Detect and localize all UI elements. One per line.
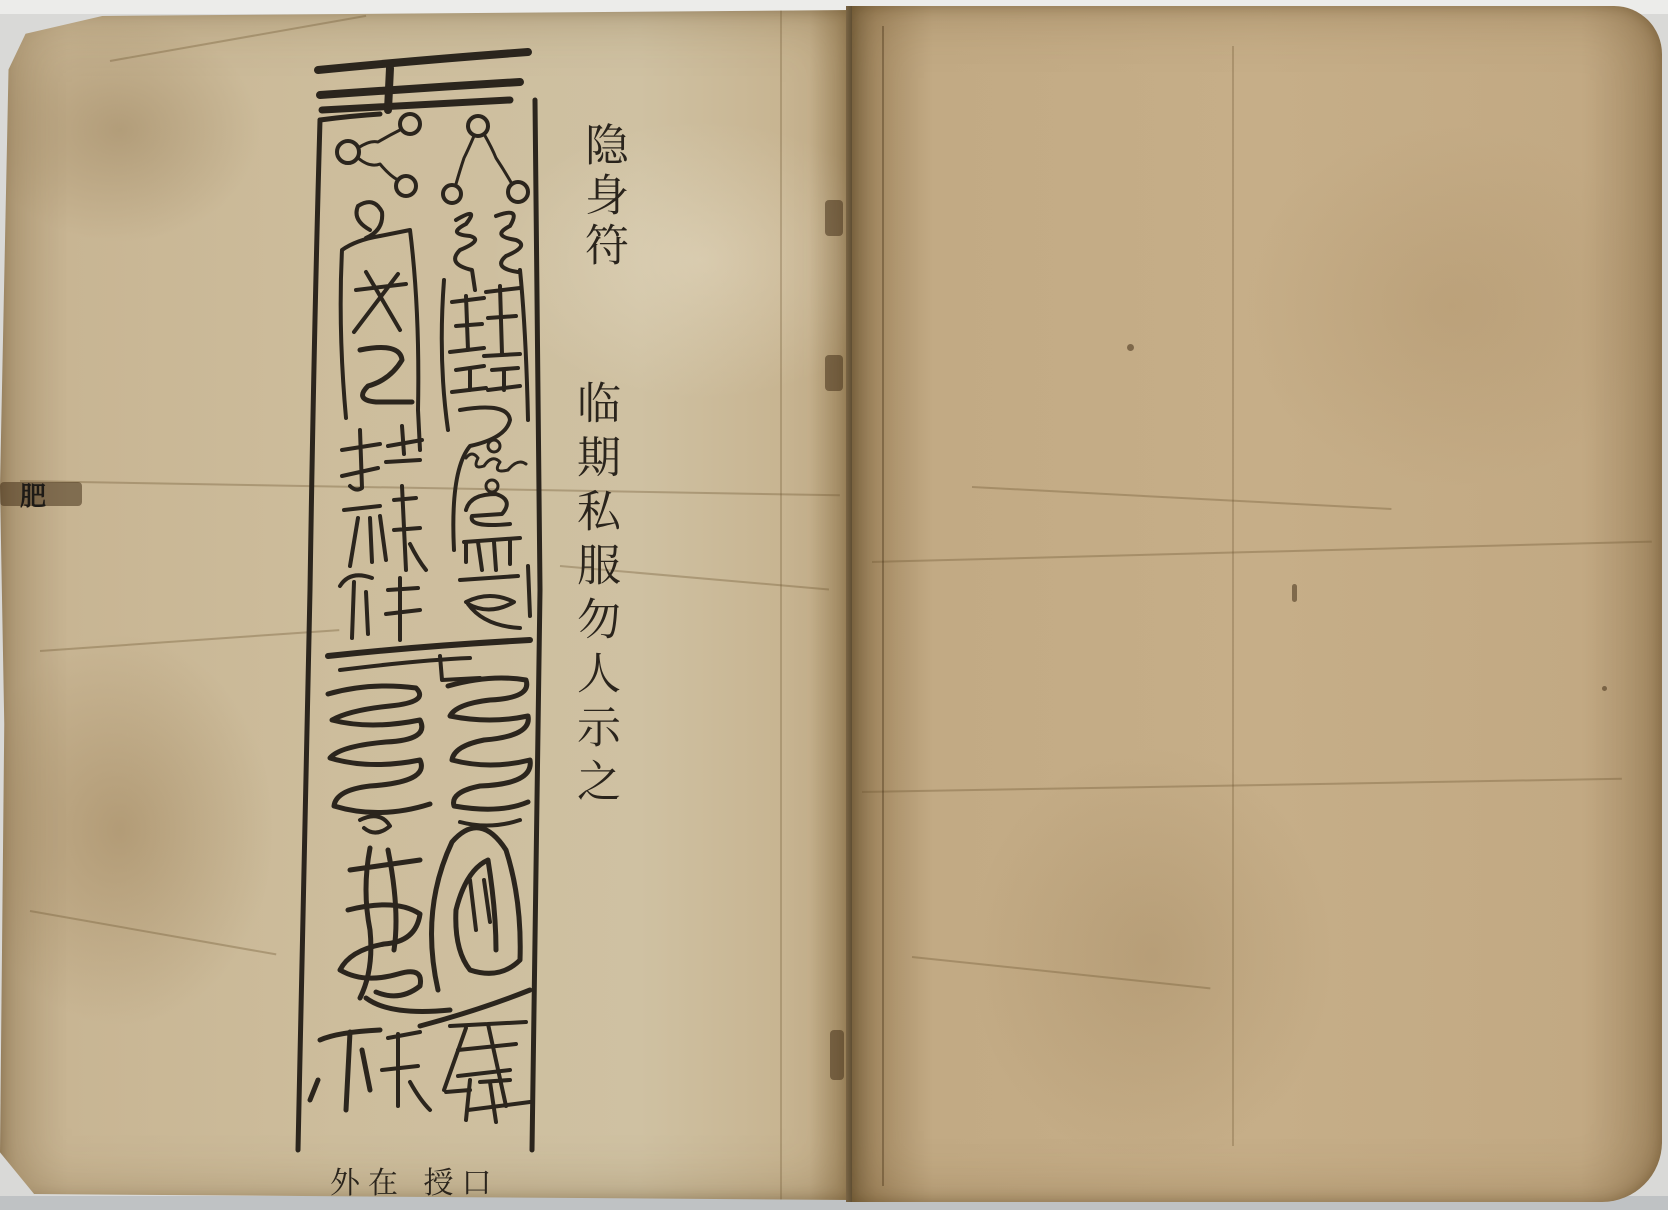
- binding-hole: [825, 200, 843, 236]
- paper-crease: [862, 778, 1622, 793]
- talisman-instructions: 临期私服勿人示之: [572, 380, 616, 812]
- paper-fold: [882, 26, 884, 1186]
- talisman-drawing: [270, 30, 560, 1180]
- ink-spot: [1292, 584, 1297, 602]
- binding-hole: [825, 355, 843, 391]
- paper-crease: [30, 910, 277, 955]
- paper-fold: [1232, 46, 1234, 1146]
- paper-crease: [912, 956, 1211, 989]
- paper-fold: [780, 10, 782, 1200]
- left-page: 肥: [0, 10, 852, 1200]
- right-page: [852, 6, 1662, 1202]
- ink-spot: [1127, 344, 1134, 351]
- binding-hole: [830, 1030, 844, 1080]
- paper-crease: [872, 541, 1652, 563]
- ink-spot: [1602, 686, 1607, 691]
- margin-fragment-text: 肥: [20, 476, 46, 513]
- paper-crease: [972, 486, 1392, 510]
- footer-note: 外在 授口: [330, 1158, 500, 1202]
- talisman-title: 隐身符: [580, 122, 624, 272]
